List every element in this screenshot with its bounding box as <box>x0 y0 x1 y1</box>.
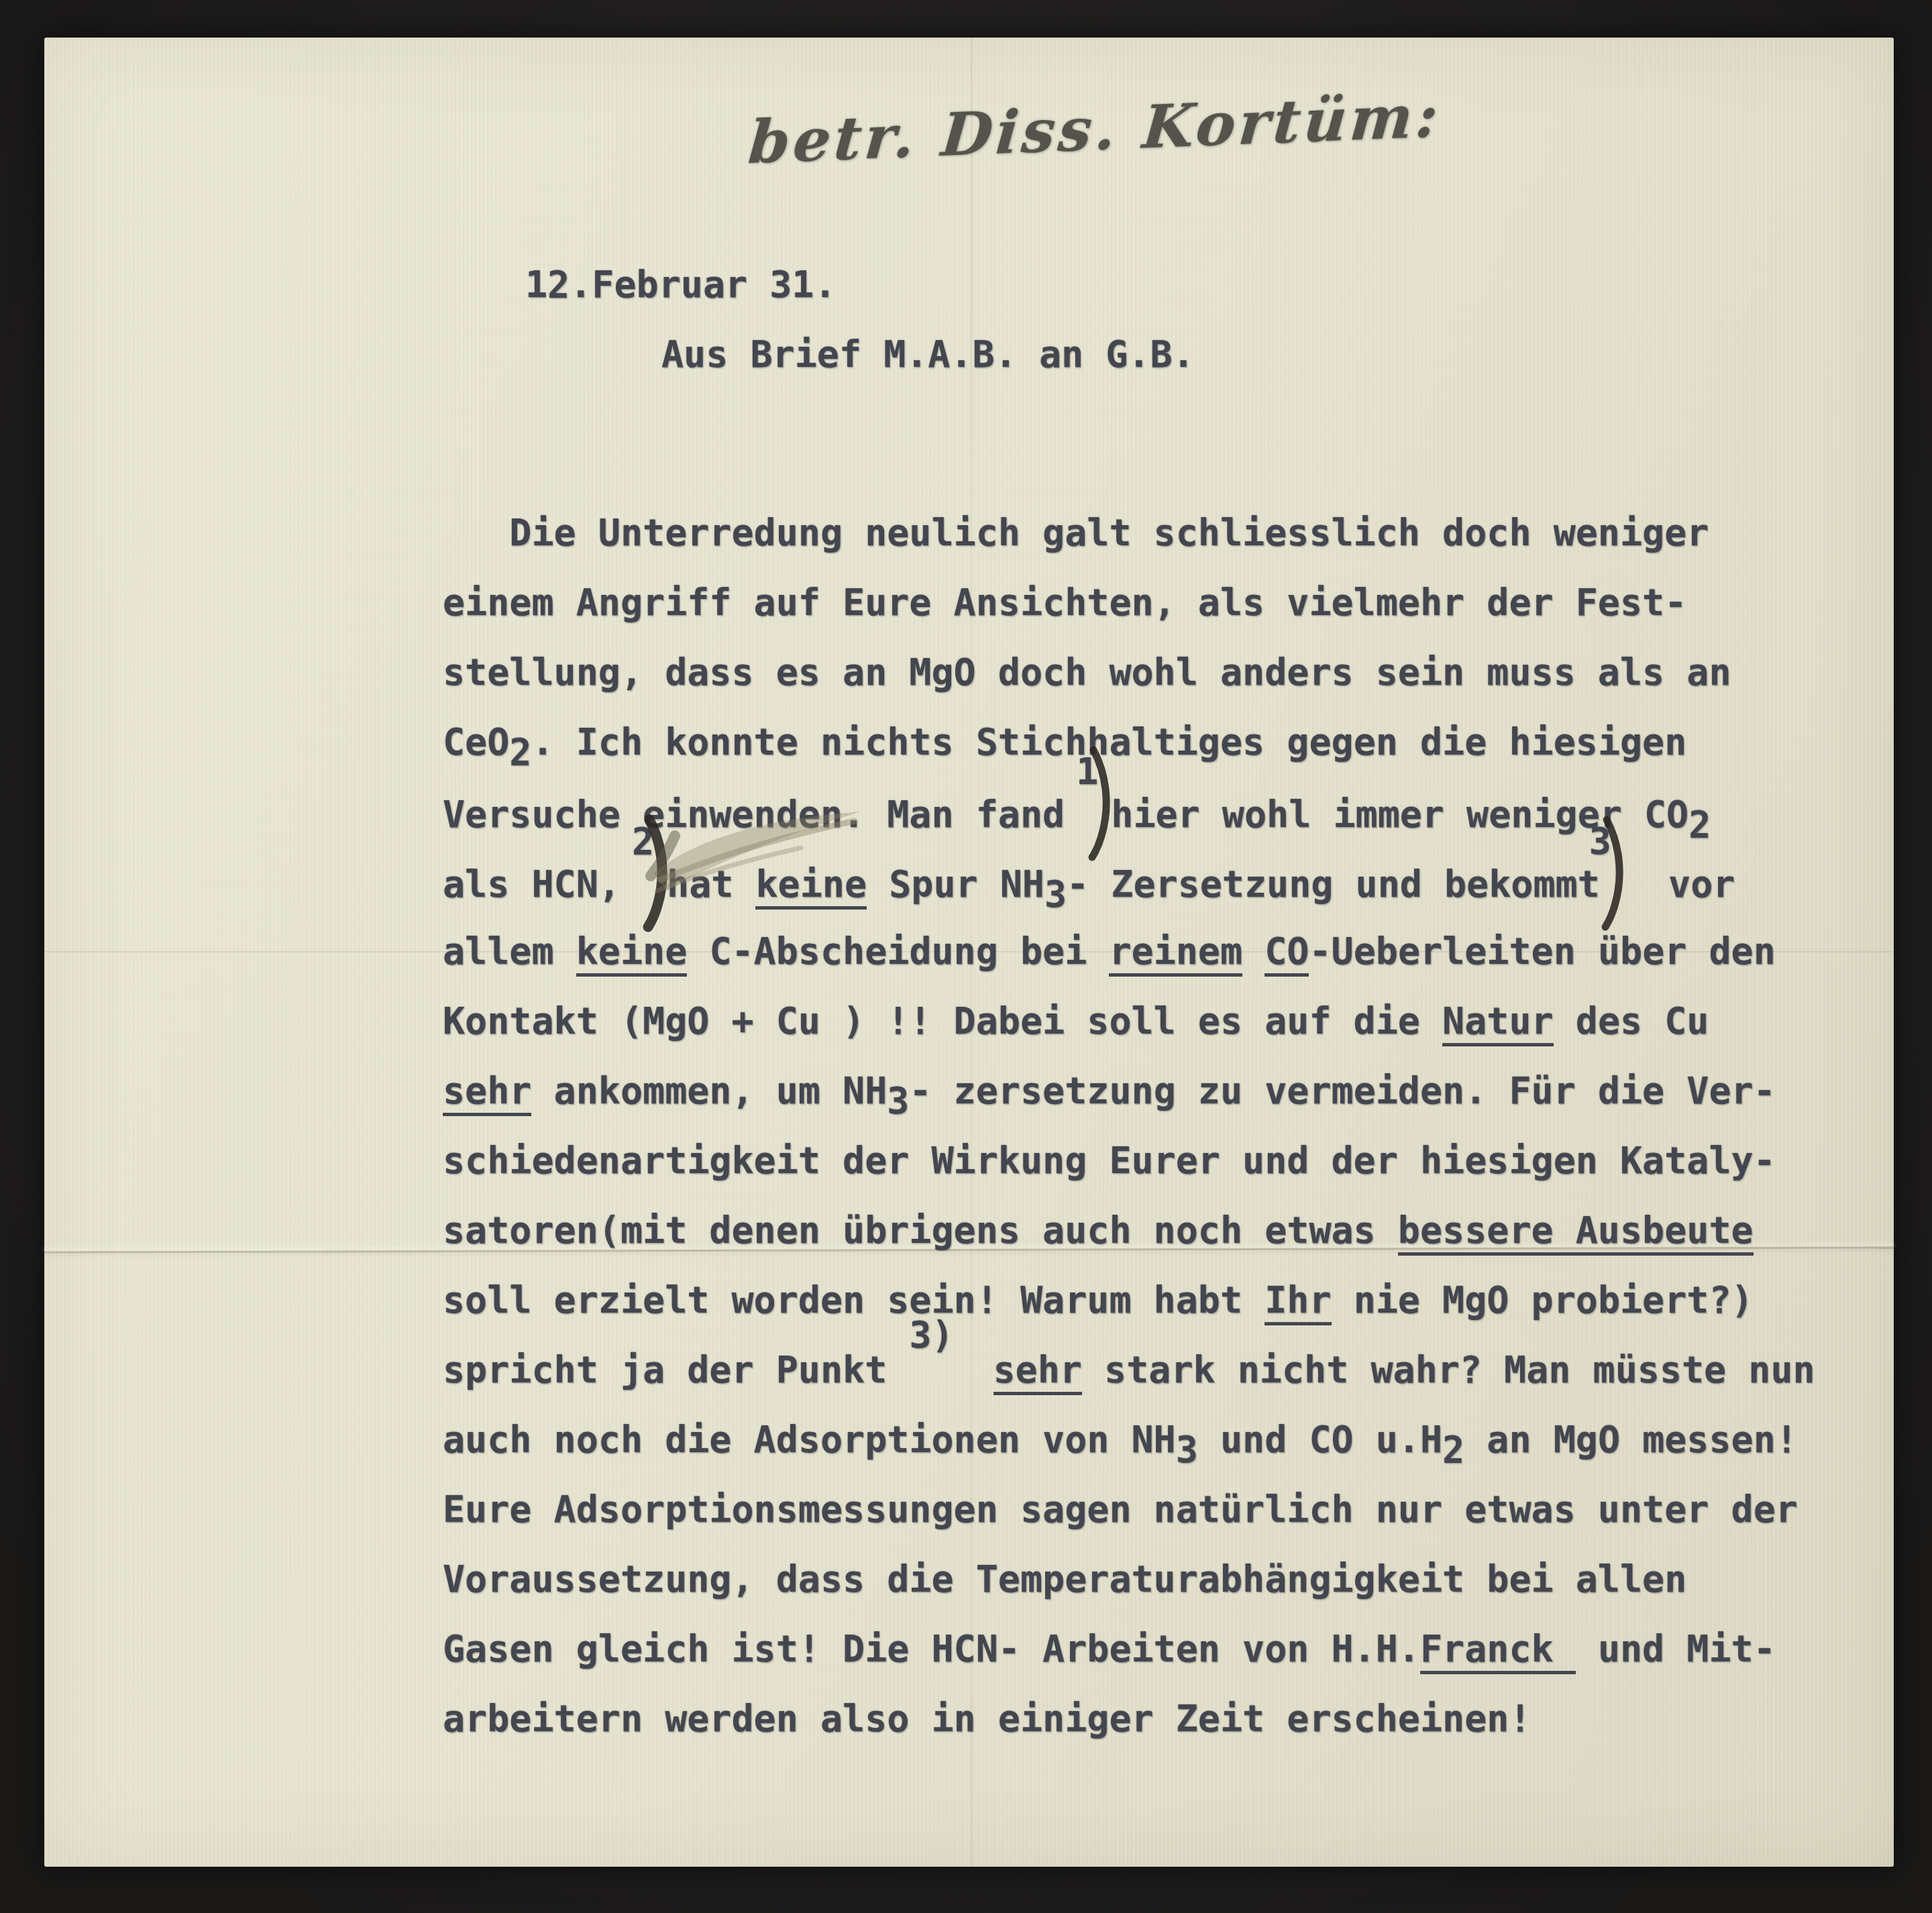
underlined-text: reinem <box>1109 930 1242 977</box>
underlined-text: CO <box>1265 930 1309 977</box>
insertion-mark: 1 <box>1087 790 1111 827</box>
typed-text: und CO u.H <box>1198 1418 1442 1461</box>
underlined-text: keine <box>576 930 688 977</box>
insertion-mark: 2 <box>643 860 667 897</box>
typed-text: des Cu <box>1554 999 1709 1042</box>
typed-line: satoren(mit denen übrigens auch noch etw… <box>443 1209 1815 1278</box>
typed-text: stellung, dass es an MgO doch wohl ander… <box>443 651 1731 694</box>
typed-text: allem <box>443 930 576 973</box>
typed-text: - zersetzung zu vermeiden. Für die Ver- <box>909 1069 1775 1112</box>
typed-line: Die Unterredung neulich galt schliesslic… <box>443 511 1815 581</box>
typed-line: Gasen gleich ist! Die HCN- Arbeiten von … <box>443 1627 1815 1697</box>
typed-text: stark nicht wahr? Man müsste nun <box>1082 1348 1815 1391</box>
typed-text: schiedenartigkeit der Wirkung Eurer und … <box>443 1139 1776 1182</box>
underlined-text: sehr <box>994 1348 1082 1395</box>
letter-page: betr. Diss. Kortüm: 12.Februar 31. Aus B… <box>44 38 1894 1867</box>
typed-line: soll erzielt worden sein! Warum habt Ihr… <box>443 1278 1815 1348</box>
typed-line: sehr ankommen, um NH3- zersetzung zu ver… <box>443 1069 1815 1139</box>
typed-text: Eure Adsorptionsmessungen sagen natürlic… <box>443 1488 1798 1531</box>
underlined-text: sehr <box>443 1069 531 1116</box>
typed-text: nie MgO probiert?) <box>1332 1278 1754 1321</box>
typed-text: Die Unterredung neulich galt schliesslic… <box>443 511 1709 554</box>
typed-line: stellung, dass es an MgO doch wohl ander… <box>443 651 1815 720</box>
typed-text: Gasen gleich ist! Die HCN- Arbeiten von … <box>443 1627 1420 1670</box>
letter-body: Die Unterredung neulich galt schliesslic… <box>443 511 1815 1767</box>
typed-subscript: 2 <box>1442 1428 1464 1471</box>
pencil-annotation: betr. Diss. Kortüm: <box>746 83 1444 175</box>
typed-text: soll erzielt worden sein! Warum habt <box>443 1278 1265 1321</box>
typed-line: Eure Adsorptionsmessungen sagen natürlic… <box>443 1488 1815 1557</box>
typed-text: satoren(mit denen übrigens auch noch etw… <box>443 1209 1398 1252</box>
typed-text: Versuche einwenden. Man fand <box>443 793 1087 836</box>
typed-text: Kontakt (MgO + Cu ) !! Dabei soll es auf… <box>443 999 1442 1042</box>
letter-date: 12.Februar 31. <box>525 263 837 306</box>
typed-text: Voraussetzung, dass die Temperaturabhäng… <box>443 1557 1686 1600</box>
typed-subscript: 3 <box>1176 1428 1198 1471</box>
typed-text: einem Angriff auf Eure Ansichten, als vi… <box>443 581 1686 624</box>
typed-text: . Ich konnte nichts Stichhaltiges gegen … <box>531 720 1686 763</box>
typed-text: spricht ja der Punkt <box>443 1348 909 1391</box>
insertion-mark-number: 2 <box>632 820 654 863</box>
typed-line: allem keine C-Abscheidung bei reinem CO-… <box>443 930 1815 999</box>
underlined-text: Franck <box>1420 1627 1576 1674</box>
insertion-mark-number: 3 <box>1589 820 1611 863</box>
typed-text: ankommen, um NH <box>531 1069 887 1112</box>
insertion-mark-number: 1 <box>1076 750 1098 793</box>
typed-line: Kontakt (MgO + Cu ) !! Dabei soll es auf… <box>443 999 1815 1069</box>
typed-line: CeO2. Ich konnte nichts Stichhaltiges ge… <box>443 720 1815 790</box>
insertion-mark: 3 <box>1600 860 1624 897</box>
typed-line: schiedenartigkeit der Wirkung Eurer und … <box>443 1139 1815 1209</box>
typed-line: als HCN, 2hat keine Spur NH3- Zersetzung… <box>443 860 1815 930</box>
typed-text <box>971 1348 993 1391</box>
letter-source: Aus Brief M.A.B. an G.B. <box>661 333 1195 376</box>
typed-line: auch noch die Adsorptionen von NH3 und C… <box>443 1418 1815 1488</box>
typed-text: - Zersetzung und bekommt <box>1067 863 1600 906</box>
typed-text: vor <box>1624 863 1735 906</box>
underlined-text: bessere Ausbeute <box>1398 1209 1754 1256</box>
typed-subscript: 3 <box>887 1079 909 1122</box>
typed-text: hat <box>667 863 755 906</box>
typed-text <box>1242 930 1265 973</box>
typed-text: Spur NH <box>867 863 1044 906</box>
typed-text: an MgO messen! <box>1464 1418 1798 1461</box>
typed-text: -Ueberleiten über den <box>1309 930 1775 973</box>
typed-text: und Mit- <box>1576 1627 1776 1670</box>
typed-line: spricht ja der Punkt 3) sehr stark nicht… <box>443 1348 1815 1418</box>
typed-line: Voraussetzung, dass die Temperaturabhäng… <box>443 1557 1815 1627</box>
typed-text: arbeitern werden also in einiger Zeit er… <box>443 1697 1532 1740</box>
underlined-text: Natur <box>1442 999 1554 1046</box>
underlined-text: keine <box>755 863 867 910</box>
typed-text: als HCN, <box>443 863 643 906</box>
typed-text: C-Abscheidung bei <box>687 930 1109 973</box>
typed-text: CeO <box>443 720 509 763</box>
underlined-text: Ihr <box>1265 1278 1331 1325</box>
typed-line: arbeitern werden also in einiger Zeit er… <box>443 1697 1815 1767</box>
typed-subscript: 3 <box>1044 873 1067 916</box>
typed-line: einem Angriff auf Eure Ansichten, als vi… <box>443 581 1815 651</box>
typed-subscript: 2 <box>1688 803 1711 846</box>
typed-text: auch noch die Adsorptionen von NH <box>443 1418 1176 1461</box>
typed-subscript: 2 <box>509 730 531 773</box>
typed-superscript: 3) <box>909 1313 971 1356</box>
